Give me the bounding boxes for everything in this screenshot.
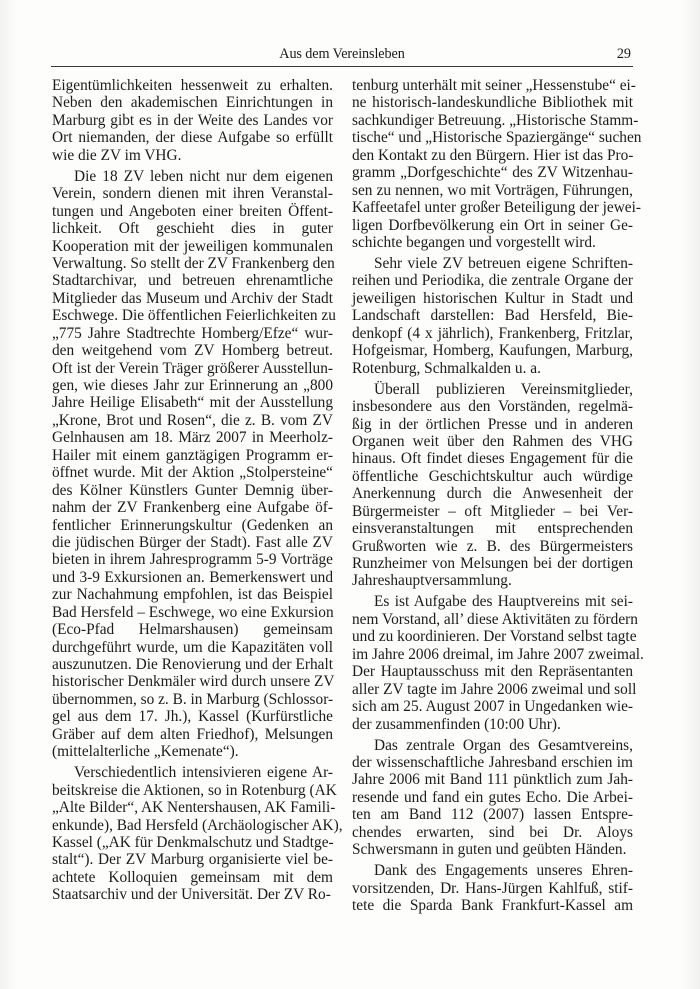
- text-line: durchgeführt wurde, um die Kapazitäten v…: [52, 639, 333, 656]
- text-line: Landschaft darstellen: Bad Hersfeld, Bie…: [352, 307, 633, 324]
- text-line: (mittelalterliche „Kemenate“).: [52, 743, 333, 760]
- right-column: tenburg unterhält mit seiner „Hessenstub…: [352, 77, 633, 915]
- text-line: der zusammenfinden (10:00 Uhr).: [352, 716, 633, 733]
- text-line: „Alte Bilder“, AK Nentershausen, AK Fami…: [52, 799, 333, 816]
- text-line: Hailer mit einem ganztägigen Programm er…: [52, 447, 333, 464]
- text-line: wie die ZV im VHG.: [52, 147, 333, 164]
- paragraph: Verschiedentlich intensivieren eigene Ar…: [52, 764, 333, 904]
- text-line: Das zentrale Organ des Gesamtvereins,: [352, 737, 633, 754]
- text-line: sachkundiger Betreuung. „Historische Sta…: [352, 112, 633, 129]
- text-line: Marburg gibt es in der Weite des Landes …: [52, 112, 333, 129]
- text-line: Organen weit über den Rahmen des VHG: [352, 433, 633, 450]
- page-number: 29: [617, 46, 631, 63]
- text-line: Hofgeismar, Homberg, Kaufungen, Marburg,: [352, 342, 633, 359]
- text-line: nahm der ZV Frankenberg eine Aufgabe öf-: [52, 499, 333, 516]
- text-line: chendes erwarten, sind bei Dr. Aloys: [352, 824, 633, 841]
- text-line: Kaffeetafel unter großer Beteiligung der…: [352, 199, 633, 216]
- left-column: Eigentümlichkeiten hessenweit zu erhalte…: [52, 77, 333, 904]
- text-line: Anerkennung durch die Anwesenheit der: [352, 485, 633, 502]
- text-line: nem Vorstand, all’ diese Aktivitäten zu …: [352, 611, 633, 628]
- text-line: tete die Sparda Bank Frankfurt-Kassel am: [352, 897, 633, 914]
- text-line: einsveranstaltungen mit entsprechenden: [352, 520, 633, 537]
- text-line: gen, wie dieses Jahr zur Erinnerung an „…: [52, 377, 333, 394]
- text-line: ten am Band 112 (2007) lassen Entspre-: [352, 806, 633, 823]
- paragraph: Sehr viele ZV betreuen eigene Schriften-…: [352, 255, 633, 377]
- text-line: Die 18 ZV leben nicht nur dem eigenen: [52, 168, 333, 185]
- text-line: historischer Denkmäler wird durch unsere…: [52, 673, 333, 690]
- text-line: Eschwege. Die öffentlichen Feierlichkeit…: [52, 307, 333, 324]
- text-line: sen zu nennen, wo mit Vorträgen, Führung…: [352, 182, 633, 199]
- running-header: Aus dem Vereinsleben 29: [51, 44, 633, 66]
- text-line: Bürgermeister – oft Mitglieder – bei Ver…: [352, 503, 633, 520]
- text-line: übernommen, so z. B. in Marburg (Schloss…: [52, 691, 333, 708]
- text-line: bieten in ihrem Jahresprogramm 5-9 Vortr…: [52, 551, 333, 568]
- text-line: sich am 25. August 2007 in Ungedanken wi…: [352, 698, 633, 715]
- text-line: Es ist Aufgabe des Hauptvereins mit sei-: [352, 593, 633, 610]
- text-line: „775 Jahre Stadtrechte Homberg/Efze“ wur…: [52, 325, 333, 342]
- paragraph: Eigentümlichkeiten hessenweit zu erhalte…: [52, 77, 333, 164]
- text-line: lichkeit. Oft geschieht dies in guter: [52, 220, 333, 237]
- text-line: (Eco-Pfad Helmarshausen) gemeinsam: [52, 621, 333, 638]
- text-line: aller ZV tagte im Jahre 2006 zweimal und…: [352, 681, 633, 698]
- text-line: Verschiedentlich intensivieren eigene Ar…: [52, 764, 333, 781]
- text-line: gel aus dem 17. Jh.), Kassel (Kurfürstli…: [52, 708, 333, 725]
- text-line: Runzheimer von Melsungen bei der dortige…: [352, 555, 633, 572]
- text-line: öffnet wurde. Mit der Aktion „Stolperste…: [52, 464, 333, 481]
- header-rule: [51, 66, 633, 67]
- text-line: öffentliche Geschichtskultur auch würdig…: [352, 468, 633, 485]
- text-line: Oft ist der Verein Träger größerer Ausst…: [52, 360, 333, 377]
- text-line: die jüdischen Bürger der Stadt). Fast al…: [52, 534, 333, 551]
- text-line: Bad Hersfeld – Eschwege, wo eine Exkursi…: [52, 604, 333, 621]
- paragraph: Das zentrale Organ des Gesamtvereins,der…: [352, 737, 633, 859]
- text-line: und 3-9 Exkursionen an. Bemerkenswert un…: [52, 569, 333, 586]
- text-line: stalt“). Der ZV Marburg organisierte vie…: [52, 851, 333, 868]
- text-line: Rotenburg, Schmalkalden u. a.: [352, 360, 633, 377]
- text-line: beitskreise die Aktionen, so in Rotenbur…: [52, 782, 333, 799]
- text-line: tungen und Angeboten einer breiten Öffen…: [52, 203, 333, 220]
- paragraph: Dank des Engagements unseres Ehren-vorsi…: [352, 862, 633, 914]
- text-line: Gelnhausen am 18. März 2007 in Meerholz-: [52, 429, 333, 446]
- text-line: resende und fand ein gutes Echo. Die Arb…: [352, 789, 633, 806]
- paragraph: Überall publizieren Vereinsmitglieder,in…: [352, 381, 633, 590]
- text-line: Kooperation mit der jeweiligen kommunale…: [52, 238, 333, 255]
- text-line: Jahre 2006 mit Band 111 pünktlich zum Ja…: [352, 771, 633, 788]
- text-line: ßig in der örtlichen Presse und in ander…: [352, 416, 633, 433]
- text-line: „Krone, Brot und Rosen“, die z. B. vom Z…: [52, 412, 333, 429]
- text-line: tische“ und „Historische Spaziergänge“ s…: [352, 129, 633, 146]
- text-line: Jahreshauptversammlung.: [352, 572, 633, 589]
- text-line: den weitgehend vom ZV Homberg betreut.: [52, 342, 333, 359]
- text-line: Verein, sondern dienen mit ihren Veranst…: [52, 185, 333, 202]
- text-line: Schwersmann in guten und geübten Händen.: [352, 841, 633, 858]
- text-line: ne historisch-landeskundliche Bibliothek…: [352, 94, 633, 111]
- text-line: reihen und Periodika, die zentrale Organ…: [352, 272, 633, 289]
- text-line: Grußworten wie z. B. des Bürgermeisters: [352, 538, 633, 555]
- text-line: Staatsarchiv und der Universität. Der ZV…: [52, 886, 333, 903]
- text-line: Sehr viele ZV betreuen eigene Schriften-: [352, 255, 633, 272]
- text-line: Jahre Heilige Elisabeth“ mit der Ausstel…: [52, 394, 333, 411]
- text-line: Gräber auf dem alten Friedhof), Melsunge…: [52, 726, 333, 743]
- text-line: Stadtarchivar, und betreuen ehrenamtlich…: [52, 272, 333, 289]
- text-line: achtete Kolloquien gemeinsam mit dem: [52, 869, 333, 886]
- text-line: vorsitzenden, Dr. Hans-Jürgen Kahlfuß, s…: [352, 880, 633, 897]
- text-line: Kassel („AK für Denkmalschutz und Stadtg…: [52, 834, 333, 851]
- text-line: des Kölner Künstlers Gunter Demnig über-: [52, 482, 333, 499]
- text-line: Eigentümlichkeiten hessenweit zu erhalte…: [52, 77, 333, 94]
- running-title: Aus dem Vereinsleben: [51, 46, 633, 63]
- text-line: auszunutzen. Die Renovierung und der Erh…: [52, 656, 333, 673]
- text-line: im Jahre 2006 dreimal, im Jahre 2007 zwe…: [352, 646, 633, 663]
- text-line: ligen Dorfbevölkerung ein Ort in seiner …: [352, 217, 633, 234]
- paragraph: Die 18 ZV leben nicht nur dem eigenenVer…: [52, 168, 333, 761]
- text-line: Dank des Engagements unseres Ehren-: [352, 862, 633, 879]
- text-line: den Kontakt zu den Bürgern. Hier ist das…: [352, 147, 633, 164]
- text-line: Mitglieder das Museum und Archiv der Sta…: [52, 290, 333, 307]
- text-line: enkunde), Bad Hersfeld (Archäologischer …: [52, 817, 333, 834]
- text-line: denkopf (4 x jährlich), Frankenberg, Fri…: [352, 325, 633, 342]
- text-line: fentlicher Erinnerungskultur (Gedenken a…: [52, 517, 333, 534]
- text-line: jeweiligen historischen Kultur in Stadt …: [352, 290, 633, 307]
- text-line: gramm „Dorfgeschichte“ des ZV Witzenhau-: [352, 164, 633, 181]
- text-line: Überall publizieren Vereinsmitglieder,: [352, 381, 633, 398]
- text-line: Verwaltung. So stellt der ZV Frankenberg…: [52, 255, 333, 272]
- text-line: tenburg unterhält mit seiner „Hessenstub…: [352, 77, 633, 94]
- text-line: hinaus. Oft findet dieses Engagement für…: [352, 450, 633, 467]
- paragraph: Es ist Aufgabe des Hauptvereins mit sei-…: [352, 593, 633, 733]
- text-line: Der Hauptausschuss mit den Repräsentante…: [352, 663, 633, 680]
- text-line: insbesondere aus den Vorständen, regelmä…: [352, 398, 633, 415]
- text-line: der wissenschaftliche Jahresband erschie…: [352, 754, 633, 771]
- text-line: und zu koordinieren. Der Vorstand selbst…: [352, 628, 633, 645]
- text-line: zur Nachahmung empfohlen, ist das Beispi…: [52, 586, 333, 603]
- text-line: Neben den akademischen Einrichtungen in: [52, 94, 333, 111]
- paragraph: tenburg unterhält mit seiner „Hessenstub…: [352, 77, 633, 251]
- text-line: Ort niemanden, der diese Aufgabe so erfü…: [52, 129, 333, 146]
- text-line: schichte begangen und vorgestellt wird.: [352, 234, 633, 251]
